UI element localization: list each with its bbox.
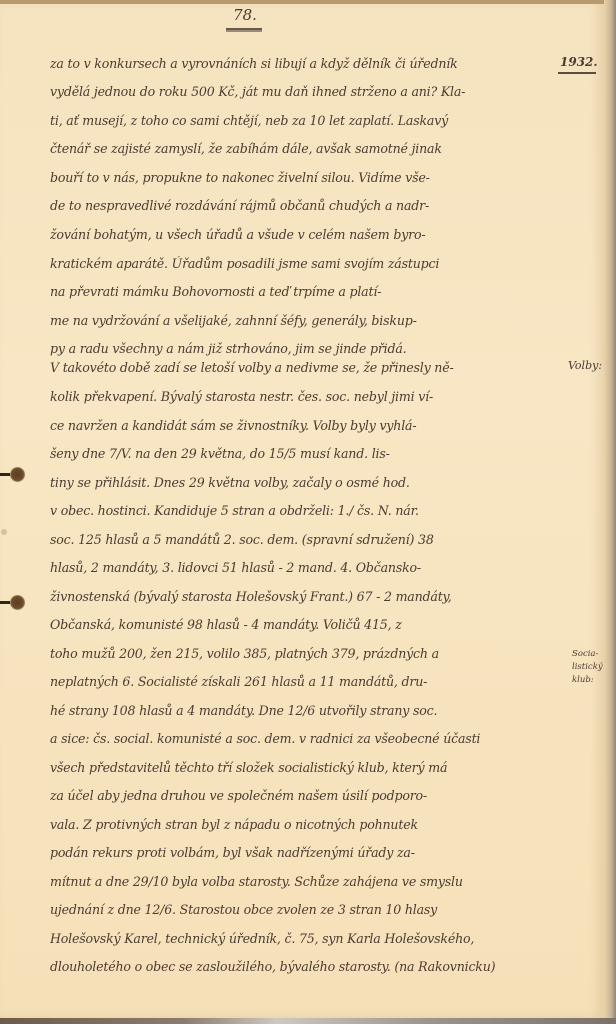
text-line: ujednání z dne 12/6. Starostou obce zvol… [50, 902, 550, 917]
text-line: v obec. hostinci. Kandiduje 5 stran a ob… [50, 503, 550, 518]
text-line: živnostenská (bývalý starosta Holešovský… [50, 589, 550, 604]
text-line: soc. 125 hlasů a 5 mandátů 2. soc. dem. … [50, 532, 550, 547]
text-line: podán rekurs proti volbám, byl však nadř… [50, 845, 550, 860]
page-number-underline [226, 28, 262, 30]
text-line: vala. Z protivných stran byl z nápadu o … [50, 817, 550, 832]
margin-note-socialist-club: Socia- listický klub: [572, 648, 603, 687]
year-underline [558, 72, 596, 74]
text-line: kolik překvapení. Bývalý starosta nestr.… [50, 389, 550, 404]
text-line: bouří to v nás, propukne to nakonec žive… [50, 170, 550, 185]
text-line: za to v konkursech a vyrovnáních si libu… [50, 56, 550, 71]
text-line: tiny se přihlásit. Dnes 29 května volby,… [50, 475, 550, 490]
binding-hole-icon [10, 595, 25, 610]
text-line: šeny dne 7/V. na den 29 května, do 15/5 … [50, 446, 550, 461]
text-line: ce navržen a kandidát sám se živnostníky… [50, 418, 550, 433]
text-line: V takovéto době zadí se letoší volby a n… [50, 360, 550, 375]
text-line: žování bohatým, u všech úřadů a všude v … [50, 227, 550, 242]
text-line: toho mužů 200, žen 215, volilo 385, plat… [50, 646, 550, 661]
text-line: na převrati mámku Bohovornosti a teď trp… [50, 284, 550, 299]
page-right-edge [604, 0, 616, 1024]
text-line: všech představitelů těchto tří složek so… [50, 760, 550, 775]
text-line: ti, ať musejí, z toho co sami chtějí, ne… [50, 113, 550, 128]
text-line: dlouholetého o obec se zasloužilého, býv… [50, 959, 550, 974]
margin-note-year: 1932. [560, 56, 598, 68]
text-line: mítnut a dne 29/10 byla volba starosty. … [50, 874, 550, 889]
text-line: Občanská, komunisté 98 hlasů - 4 mandáty… [50, 617, 550, 632]
text-line: hé strany 108 hlasů a 4 mandáty. Dne 12/… [50, 703, 550, 718]
page-top-edge [0, 0, 616, 4]
text-line: neplatných 6. Socialisté získali 261 hla… [50, 674, 550, 689]
margin-note-line: klub: [572, 674, 603, 687]
page-number: 78. [228, 6, 262, 24]
text-line: py a radu všechny a nám již strhováno, j… [50, 341, 550, 356]
text-line: hlasů, 2 mandáty, 3. lidovci 51 hlasů - … [50, 560, 550, 575]
text-line: Holešovský Karel, technický úředník, č. … [50, 931, 550, 946]
text-line: me na vydržování a všelijaké, zahnní šéf… [50, 313, 550, 328]
text-line: a sice: čs. social. komunisté a soc. dem… [50, 731, 550, 746]
margin-note-line: Socia- [572, 648, 603, 661]
margin-note-volby: Volby: [568, 360, 602, 372]
margin-note-line: listický [572, 661, 603, 674]
text-line: vydělá jednou do roku 500 Kč, ját mu daň… [50, 84, 550, 99]
text-line: de to nespravedlivé rozdávání rájmů obča… [50, 198, 550, 213]
handwritten-page: 78. 1932. Volby: Socia- listický klub: z… [0, 0, 604, 1018]
binding-hole-icon [10, 467, 25, 482]
page-bottom-edge [0, 1018, 616, 1024]
text-line: za účel aby jedna druhou ve společném na… [50, 788, 550, 803]
text-line: kratickém aparátě. Úřadům posadili jsme … [50, 256, 550, 271]
paper-stain [1, 529, 7, 535]
text-line: čtenář se zajisté zamyslí, že zabíhám dá… [50, 141, 550, 156]
